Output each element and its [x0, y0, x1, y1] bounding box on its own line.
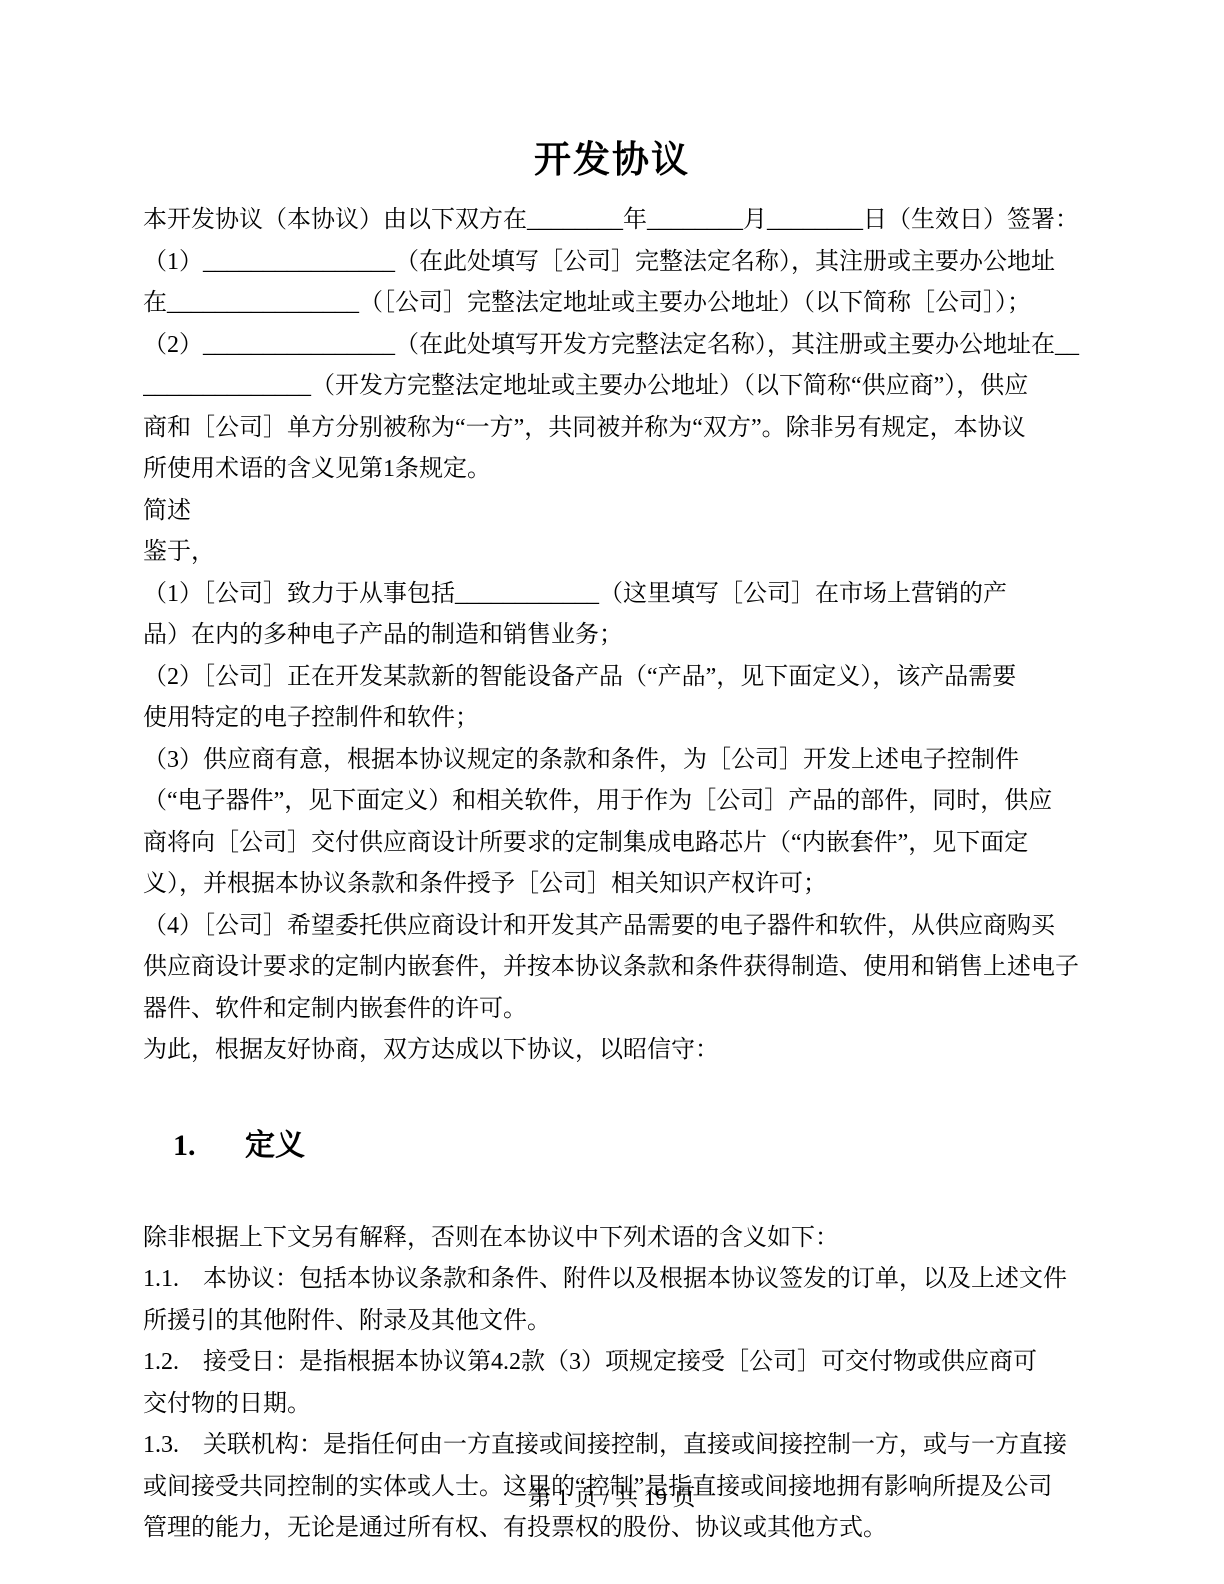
preamble-and-recitals-section: 本开发协议（本协议）由以下双方在________年________月______… [143, 200, 1081, 1072]
text-line: 所使用术语的含义见第1条规定。 [143, 449, 1081, 491]
text-line: ______________（开发方完整法定地址或主要办公地址）（以下简称“供应… [143, 366, 1081, 408]
document-page: 开发协议 本开发协议（本协议）由以下双方在________年________月_… [0, 0, 1224, 1584]
text-line: 1.1. 本协议：包括本协议条款和条件、附件以及根据本协议签发的订单，以及上述文… [143, 1259, 1081, 1301]
text-line: 为此，根据友好协商，双方达成以下协议，以昭信守： [143, 1030, 1081, 1072]
text-line: 管理的能力，无论是通过所有权、有投票权的股份、协议或其他方式。 [143, 1508, 1081, 1550]
text-line: （3）供应商有意，根据本协议规定的条款和条件，为［公司］开发上述电子控制件 [143, 740, 1081, 782]
section-number: 1. [173, 1122, 245, 1170]
text-line: 器件、软件和定制内嵌套件的许可。 [143, 989, 1081, 1031]
section-title: 定义 [245, 1129, 305, 1162]
text-line: 鉴于， [143, 532, 1081, 574]
text-line: （2）________________（在此处填写开发方完整法定名称），其注册或… [143, 325, 1081, 367]
text-line: 使用特定的电子控制件和软件； [143, 698, 1081, 740]
text-line: （1）________________（在此处填写［公司］完整法定名称），其注册… [143, 242, 1081, 284]
text-line: 所援引的其他附件、附录及其他文件。 [143, 1301, 1081, 1343]
text-line: 本开发协议（本协议）由以下双方在________年________月______… [143, 200, 1081, 242]
text-line: 除非根据上下文另有解释，否则在本协议中下列术语的含义如下： [143, 1218, 1081, 1260]
text-line: （1）［公司］致力于从事包括____________（这里填写［公司］在市场上营… [143, 574, 1081, 616]
text-line: 交付物的日期。 [143, 1384, 1081, 1426]
text-line: 在________________（［公司］完整法定地址或主要办公地址）（以下简… [143, 283, 1081, 325]
text-line: 1.3. 关联机构：是指任何由一方直接或间接控制，直接或间接控制一方，或与一方直… [143, 1425, 1081, 1467]
text-line: 供应商设计要求的定制内嵌套件，并按本协议条款和条件获得制造、使用和销售上述电子 [143, 947, 1081, 989]
page-number-indicator: 第 1 页 / 共 19 页 [528, 1485, 695, 1510]
document-title: 开发协议 [143, 138, 1081, 184]
page-footer: 第 1 页 / 共 19 页 [0, 1484, 1224, 1512]
text-line: 简述 [143, 491, 1081, 533]
text-line: 品）在内的多种电子产品的制造和销售业务； [143, 615, 1081, 657]
text-line: （4）［公司］希望委托供应商设计和开发其产品需要的电子器件和软件，从供应商购买 [143, 906, 1081, 948]
section-heading-definitions: 1.定义 [143, 1074, 1081, 1218]
text-line: （“电子器件”，见下面定义）和相关软件，用于作为［公司］产品的部件，同时，供应 [143, 781, 1081, 823]
text-line: 商和［公司］单方分别被称为“一方”，共同被并称为“双方”。除非另有规定，本协议 [143, 408, 1081, 450]
text-line: （2）［公司］正在开发某款新的智能设备产品（“产品”，见下面定义），该产品需要 [143, 657, 1081, 699]
text-line: 1.2. 接受日：是指根据本协议第4.2款（3）项规定接受［公司］可交付物或供应… [143, 1342, 1081, 1384]
text-line: 义），并根据本协议条款和条件授予［公司］相关知识产权许可； [143, 864, 1081, 906]
text-line: 商将向［公司］交付供应商设计所要求的定制集成电路芯片（“内嵌套件”，见下面定 [143, 823, 1081, 865]
